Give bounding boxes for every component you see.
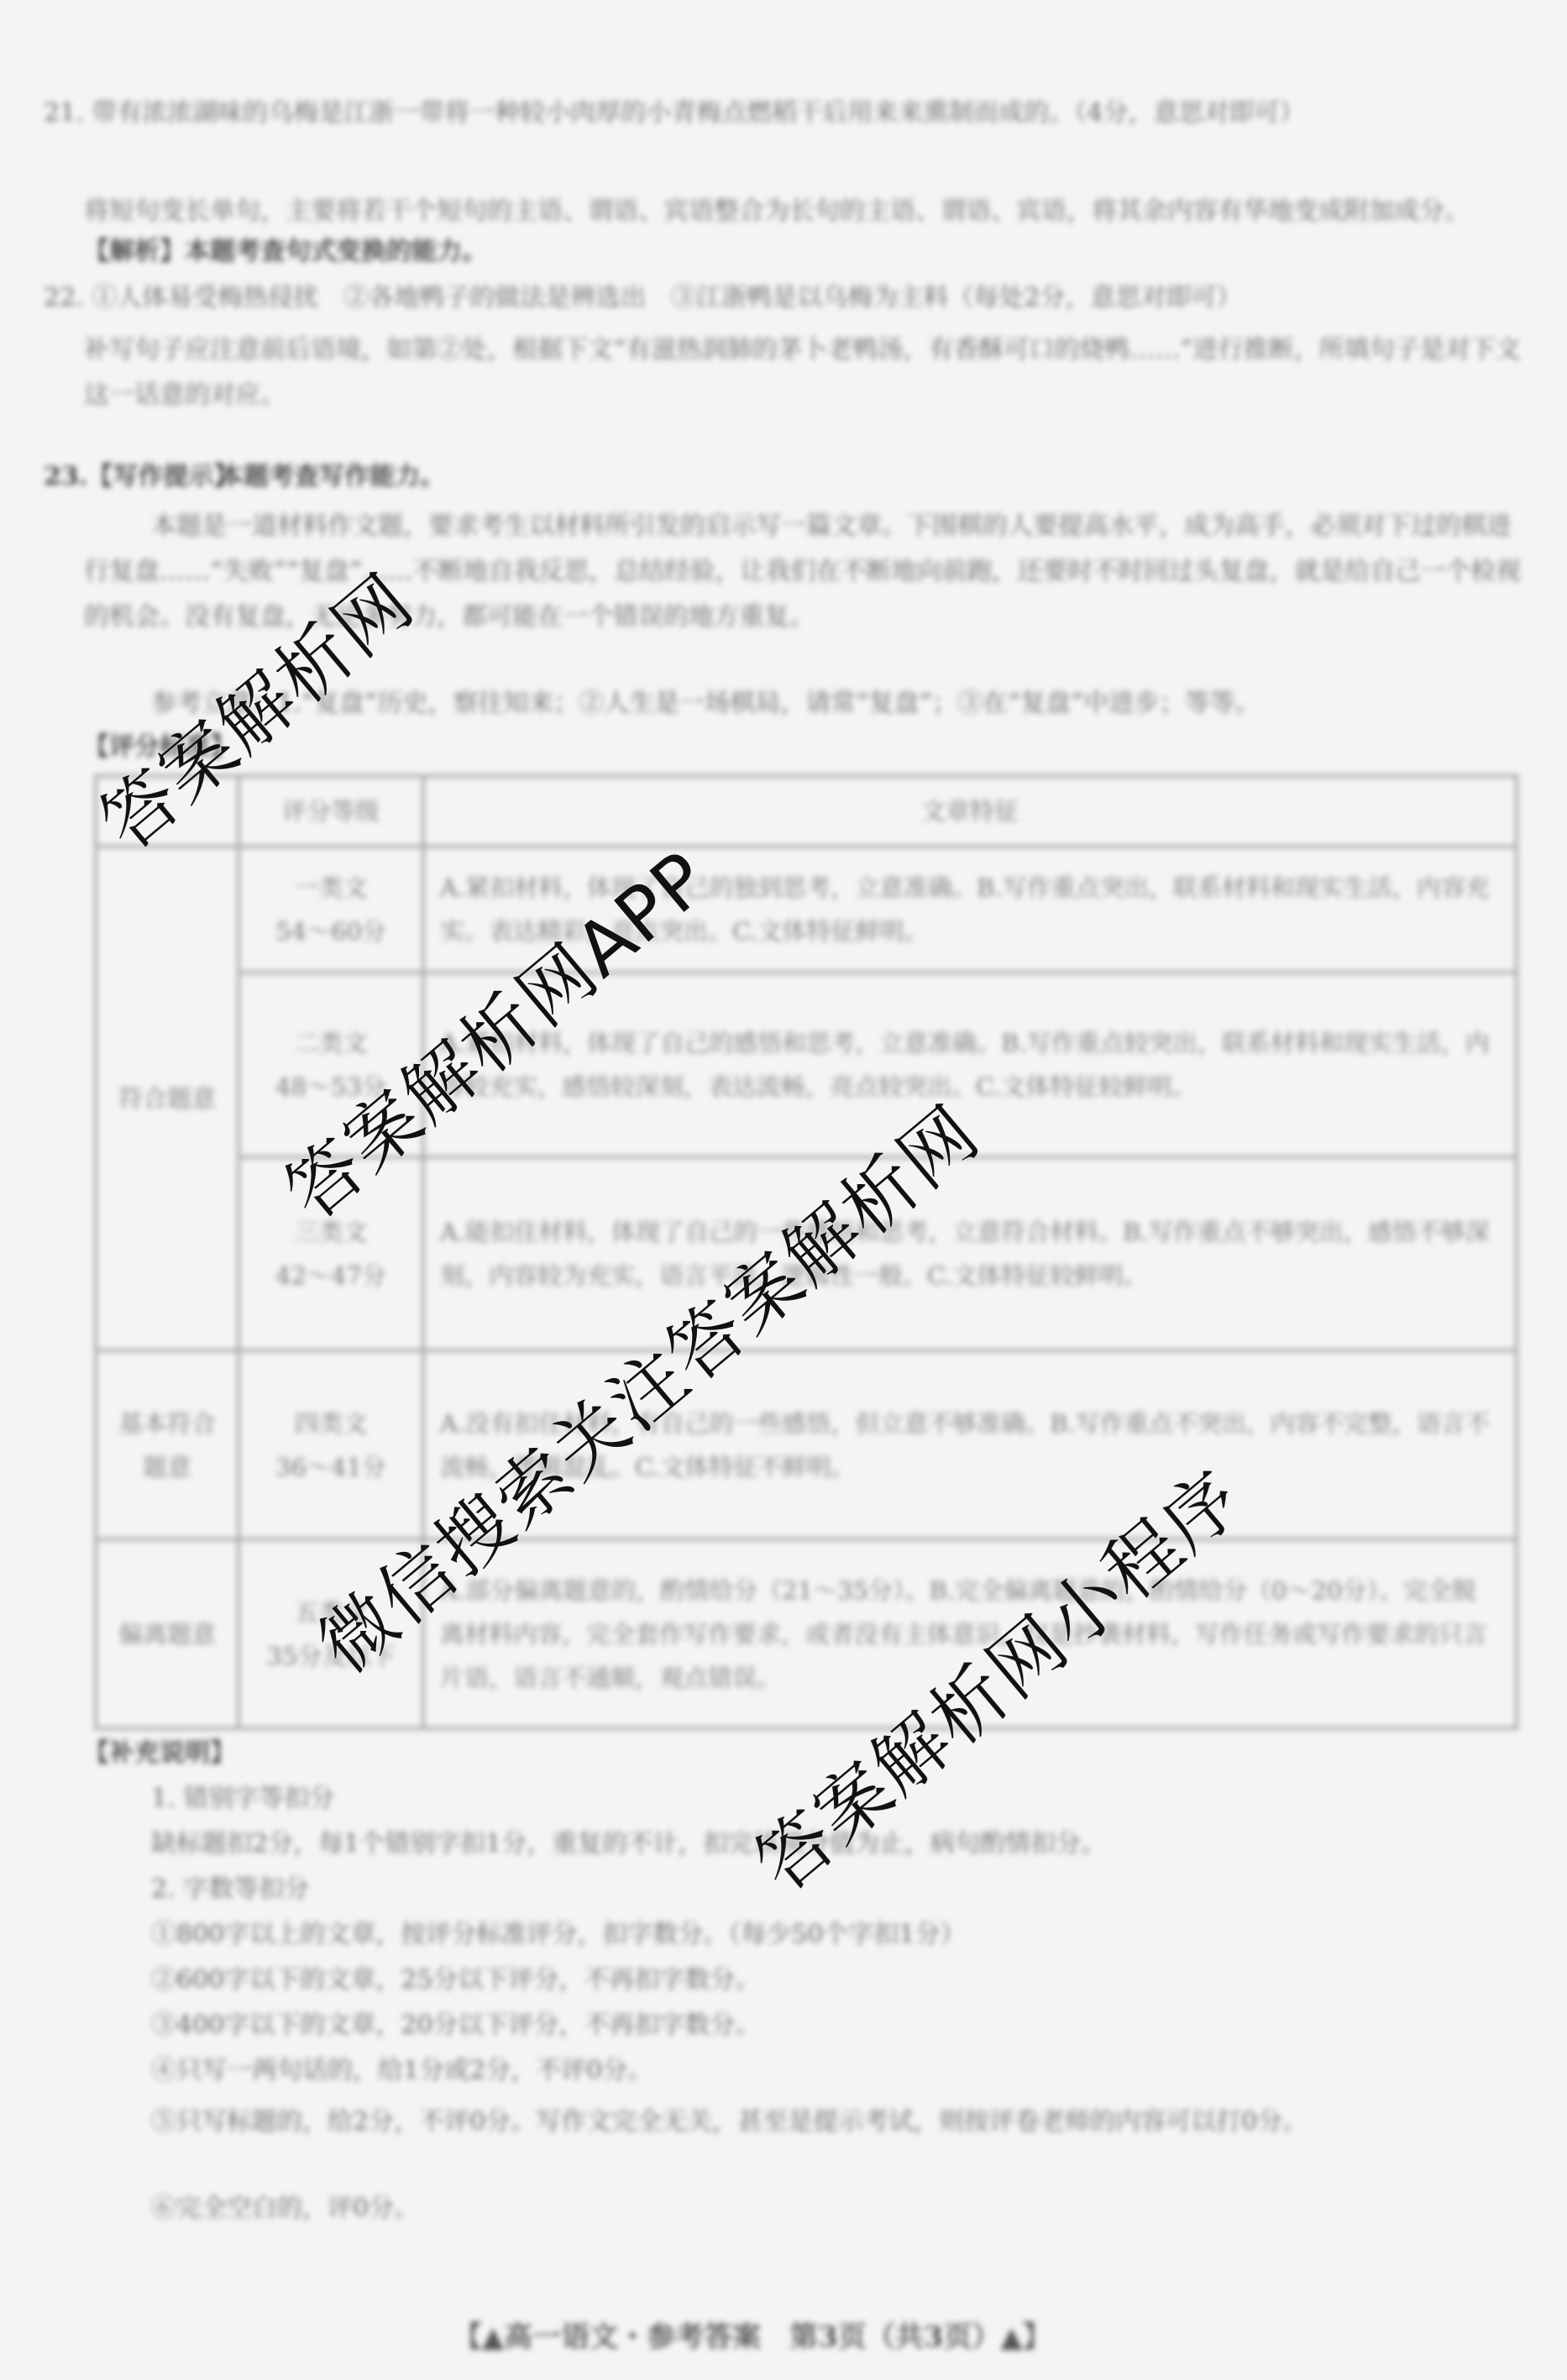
supplement-item: 缺标题扣2分，每1个错别字扣1分，重复的不计，扣完该项分值为止，病句酌情扣分。 (151, 1827, 1106, 1861)
q21-answer: 21. 带有浓浓湖味的乌梅是江浙一带将一种较小肉厚的小青梅点燃稻干后用来来熏制而… (44, 97, 1304, 130)
supplement-item: ③400字以下的文章，20分以下评分，不再扣字数分。 (151, 2009, 760, 2042)
group-cell: 偏离题意 (96, 1539, 238, 1728)
grade-cell: 四类文36～41分 (238, 1350, 423, 1539)
q21-analysis-label: 【解析】 (84, 237, 185, 266)
page-footer: 【▲高一语文・参考答案 第3页（共3页）▲】 (453, 2314, 1051, 2355)
supplement-item: ⑥完全空白的，评0分。 (151, 2192, 419, 2225)
q23-label: 23.【写作提示】 (44, 460, 238, 494)
supplement-item: 1. 错别字等扣分 (151, 1782, 334, 1816)
table-header: 评分等级 (238, 776, 423, 847)
q22-analysis-text: 补写句子应注意前后语境，如第②处，根据下文“有滋热润肺的茅卜老鸭汤，有香酥可口的… (84, 328, 1528, 418)
supplement-label: 【补充说明】 (84, 1737, 235, 1770)
supplement-item: ②600字以下的文章，25分以下评分，不再扣字数分。 (151, 1963, 760, 1997)
grade-cell: 一类文54～60分 (238, 847, 423, 972)
table-row: 偏离题意 五类文35分及以下 A.部分偏离题意的，酌情给分（21～35分）。B.… (96, 1539, 1517, 1728)
table-row: 符合题意 一类文54～60分 A.紧扣材料，体现了自己的独到思考，立意准确。B.… (96, 847, 1517, 972)
supplement-item: ④只写一两句话的，给1分或2分，不评0分。 (151, 2054, 652, 2088)
table-header-row: 评分等级 文章特征 (96, 776, 1517, 847)
table-header: 文章特征 (423, 776, 1517, 847)
supplement-item: ⑤只写标题的，给2分，不评0分。写作文完全无关，甚至是提示考试，则按评卷老师的内… (84, 2100, 1528, 2145)
group-cell: 符合题意 (96, 847, 238, 1350)
q21-analysis-bold: 本题考查句式变换的能力。 (185, 237, 487, 266)
group-cell: 基本符合题意 (96, 1350, 238, 1539)
supplement-item: ①800字以上的文章，按评分标准评分，扣字数分。（每少50个字扣1分） (151, 1918, 966, 1952)
desc-cell: A.能扣住材料，体现了自己的一些感悟和思考，立意符合材料。B.写作重点不够突出，… (423, 1157, 1517, 1350)
table-row: 基本符合题意 四类文36～41分 A.没有扣住材料，有自己的一些感悟，但立意不够… (96, 1350, 1517, 1539)
supplement-item: 2. 字数等扣分 (151, 1873, 309, 1906)
q21-analysis-text: 将短句变长单句，主要将若干个短句的主语、谓语、宾语整合为长句的主语、谓语、宾语，… (84, 189, 1528, 234)
q22-answer: 22. ①人体易受梅热侵扰 ②各地鸭子的做法是辨选出 ③江浙鸭是以乌梅为主料（每… (44, 281, 1241, 315)
q23-bold: 本题考查写作能力。 (218, 460, 445, 494)
